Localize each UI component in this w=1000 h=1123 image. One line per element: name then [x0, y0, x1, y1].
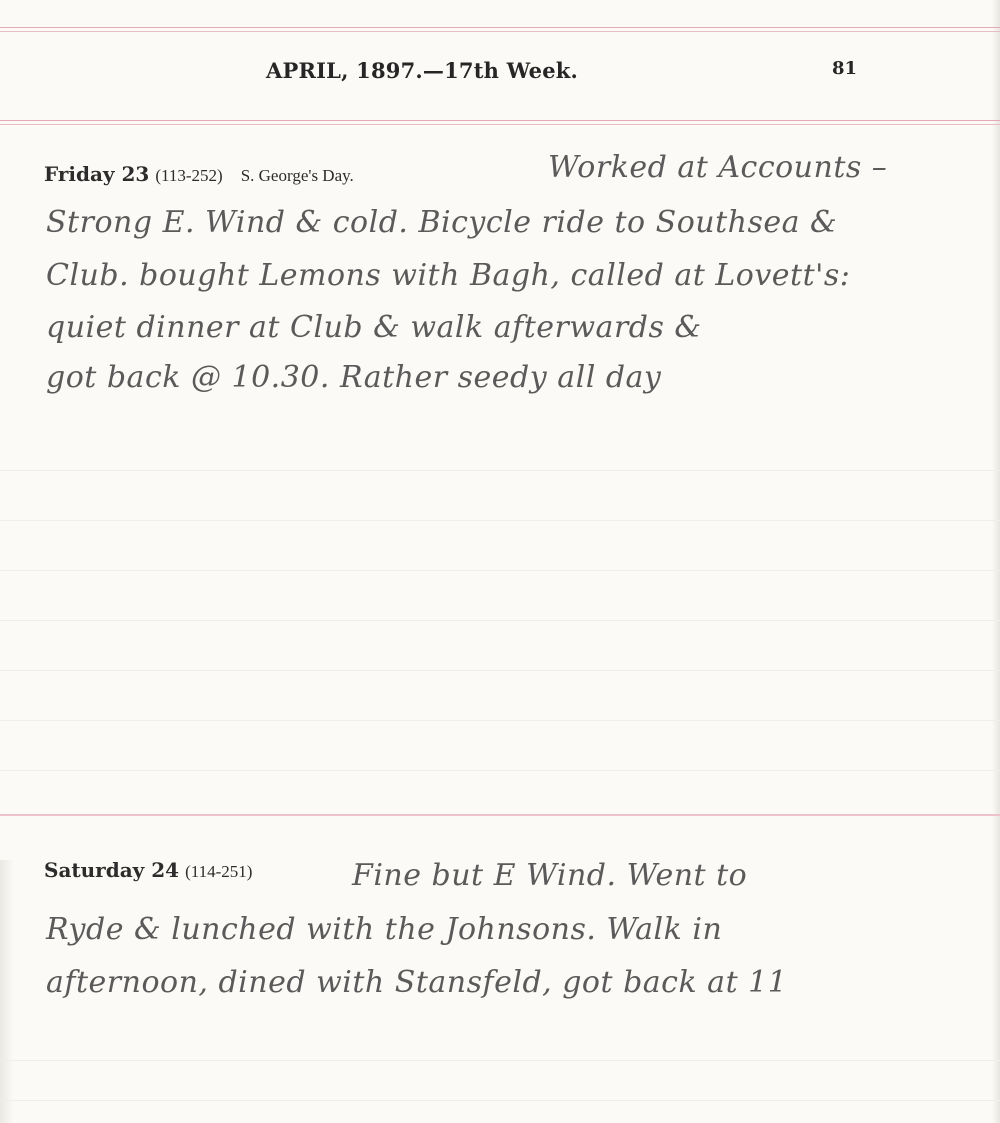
entry-separator-rule	[0, 814, 1000, 816]
guide-line	[0, 570, 1000, 571]
day-label: Saturday 24	[44, 858, 179, 882]
day-count: (113-252)	[155, 166, 222, 185]
guide-line	[0, 720, 1000, 721]
header-double-rule	[0, 120, 1000, 126]
handwriting-line: Fine but E Wind. Went to	[352, 858, 747, 893]
entry-heading: Saturday 24(114-251)	[44, 858, 252, 882]
day-count: (114-251)	[185, 862, 252, 881]
guide-line	[0, 1060, 1000, 1061]
guide-line	[0, 1100, 1000, 1101]
page-number: 81	[832, 58, 857, 79]
guide-line	[0, 770, 1000, 771]
page-title: APRIL, 1897.—17th Week.	[266, 58, 578, 83]
handwriting-line: Worked at Accounts –	[548, 150, 887, 185]
handwriting-line: Ryde & lunched with the Johnsons. Walk i…	[46, 912, 722, 947]
top-double-rule	[0, 27, 1000, 33]
handwriting-line: afternoon, dined with Stansfeld, got bac…	[46, 965, 787, 1000]
handwriting-line: got back @ 10.30. Rather seedy all day	[46, 360, 661, 395]
binding-shadow	[0, 860, 14, 1123]
guide-line	[0, 520, 1000, 521]
handwriting-line: Strong E. Wind & cold. Bicycle ride to S…	[46, 205, 837, 240]
feast-day: S. George's Day.	[241, 166, 354, 185]
guide-line	[0, 620, 1000, 621]
day-label: Friday 23	[44, 162, 149, 186]
guide-line	[0, 470, 1000, 471]
handwriting-line: quiet dinner at Club & walk afterwards &	[46, 310, 702, 345]
entry-heading: Friday 23(113-252)S. George's Day.	[44, 162, 354, 186]
handwriting-line: Club. bought Lemons with Bagh, called at…	[46, 258, 850, 293]
guide-line	[0, 670, 1000, 671]
page-edge-shadow	[992, 0, 1000, 1123]
page-header: APRIL, 1897.—17th Week. 81	[0, 58, 1000, 98]
diary-page: APRIL, 1897.—17th Week. 81 Friday 23(113…	[0, 0, 1000, 1123]
